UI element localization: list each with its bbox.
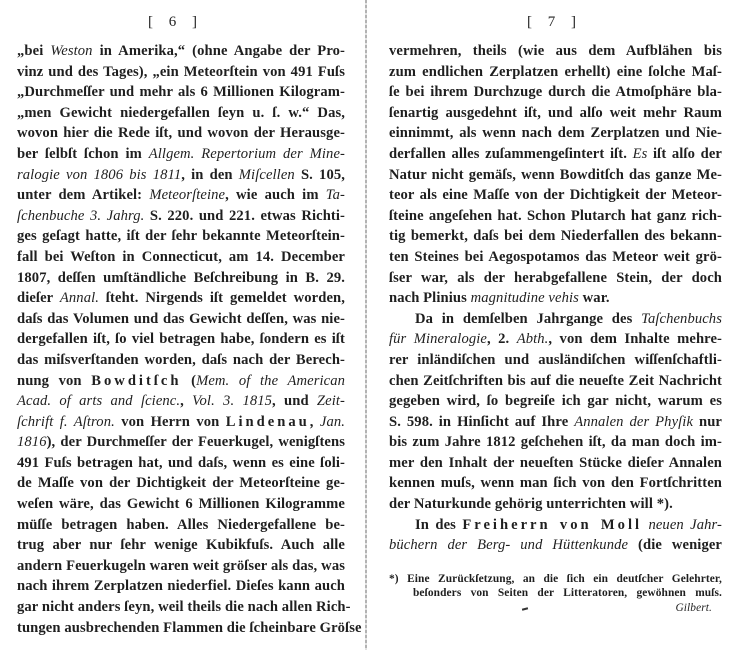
- text-line: ſenartig ausgedehnt iſt, und alſo weit m…: [389, 103, 722, 124]
- text-line: kennen muſs, wenn man ſich von den Fortſ…: [389, 473, 722, 494]
- text-line: gegeben wird, ſo begreiſe ich gar nicht,…: [389, 391, 722, 412]
- text-span: ,: [180, 393, 192, 409]
- text-line: ſe bei ihrem Durchzuge durch die Atmoſph…: [389, 82, 722, 103]
- text-span: ſteht. Nirgends iſt gemeldet worden,: [99, 290, 345, 306]
- text-span: war.: [579, 290, 610, 306]
- italic-span: 1816: [17, 434, 47, 450]
- text-span: von Herrn von: [115, 414, 226, 430]
- text-line: ſser war, als der herabgefallene Stein, …: [389, 268, 722, 289]
- page-number: [ 6 ]: [148, 14, 203, 31]
- text-line: vermehren, theils (wie aus dem Aufblähen…: [389, 41, 722, 62]
- text-line: weſen wäre, das Gewicht 6 Millionen Kilo…: [17, 494, 345, 515]
- text-line: zum endlichen Zerplatzen erhellt) eine ſ…: [389, 62, 722, 83]
- text-line: 1816), der Durchmeſſer der Feuerkugel, w…: [17, 432, 345, 453]
- text-span: rer inländiſchen und ausländiſchen wiſſe…: [389, 352, 722, 368]
- text-span: ,: [310, 414, 320, 430]
- text-line: de Maſſe von der Dichtigkeit der Meteorſ…: [17, 473, 345, 494]
- text-line: „men Gewicht niedergefallen ſeyn u. ſ. w…: [17, 103, 345, 124]
- text-line: bis zum Jahre 1812 geſchehen iſt, da man…: [389, 432, 722, 453]
- text-line: müſſe betragen haben. Alles Niedergefall…: [17, 515, 345, 536]
- footnote-signature: Gilbert.: [389, 601, 722, 616]
- text-span: teor als eine Maſſe von der Dichtigkeit …: [389, 187, 722, 203]
- italic-span: Mem. of the American: [196, 373, 345, 389]
- text-span: Da in demſelben Jahrgange des: [415, 311, 641, 327]
- text-line: büchern der Berg- und Hüttenkunde (die w…: [389, 535, 722, 556]
- italic-span: Abth.: [517, 331, 549, 347]
- text-line: S. 598. in Hinſicht auf Ihre Annalen der…: [389, 412, 722, 433]
- text-span: ſser war, als der herabgefallene Stein, …: [389, 270, 722, 286]
- text-line: nung von Bowditſch (Mem. of the American: [17, 371, 345, 392]
- text-span: In des: [415, 517, 462, 533]
- text-span: nach Plinius: [389, 290, 471, 306]
- italic-span: für Mineralogie: [389, 331, 487, 347]
- text-line: chen Zeitſchriften bis auf die neueſte Z…: [389, 371, 722, 392]
- text-span: „men Gewicht niedergefallen ſeyn u. ſ. w…: [17, 105, 345, 121]
- text-line: „bei Weston in Amerika,“ (ohne Angabe de…: [17, 41, 345, 62]
- text-line: 491 Fuſs betragen hat, und daſs, wenn es…: [17, 453, 345, 474]
- text-line: ges geſagt hatte, iſt der ſehr bekannte …: [17, 226, 345, 247]
- text-line: tungen ausbrechenden Flammen die ſcheinb…: [17, 618, 345, 639]
- text-line: teor als eine Maſſe von der Dichtigkeit …: [389, 185, 722, 206]
- footnote-line: beſonders von Seiten der Litteratoren, g…: [389, 586, 722, 601]
- text-line: andern Feuerkugeln waren weit gröſser al…: [17, 556, 345, 577]
- text-span: nung von: [17, 373, 91, 389]
- text-line: Acad. of arts and ſcienc., Vol. 3. 1815,…: [17, 391, 345, 412]
- book-spread: [ 6 ] „bei Weston in Amerika,“ (ohne Ang…: [0, 0, 740, 650]
- text-line: Natur nicht gemäſs, wenn Bowditſch das g…: [389, 165, 722, 186]
- text-span: vinz und des Tages), „ein Meteorſtein vo…: [17, 64, 345, 80]
- text-line: nach ihrem Zerplatzen niederfiel. Dieſes…: [17, 576, 345, 597]
- text-line: mer den Inhalt der neueſten Stücke dieſe…: [389, 453, 722, 474]
- text-span: chen Zeitſchriften bis auf die neueſte Z…: [389, 373, 722, 389]
- left-page: [ 6 ] „bei Weston in Amerika,“ (ohne Ang…: [0, 0, 365, 650]
- italic-span: büchern der Berg- und Hüttenkunde: [389, 537, 628, 553]
- text-span: ten Steines bei Aegospotamos das Meteor …: [389, 249, 722, 265]
- text-span: kennen muſs, wenn man ſich von den Fortſ…: [389, 475, 722, 491]
- text-line: ſteine angeſehen hat. Schon Plutarch hat…: [389, 206, 722, 227]
- text-span: de Maſſe von der Dichtigkeit der Meteorſ…: [17, 475, 345, 491]
- text-line: „Durchmeſſer und mehr als 6 Millionen Ki…: [17, 82, 345, 103]
- text-span: einnimmt, als wenn nach dem Zerplatzen u…: [389, 125, 722, 141]
- text-line: das miſsverſtanden worden, daſs nach der…: [17, 350, 345, 371]
- spacer: [389, 556, 722, 572]
- italic-span: Miſcellen: [239, 167, 295, 183]
- text-span: Natur nicht gemäſs, wenn Bowditſch das g…: [389, 167, 722, 183]
- text-line: trug aber nur ſehr wenige Kubikfuſs. Auc…: [17, 535, 345, 556]
- text-line: ſchenbuche 3. Jahrg. S. 220. und 221. et…: [17, 206, 345, 227]
- italic-span: Annalen der Phyſik: [574, 414, 693, 430]
- text-span: der Naturkunde gehörig unterrichten will…: [389, 496, 673, 512]
- text-line: In des Freiherrn von Moll neuen Jahr-: [389, 515, 722, 536]
- italic-span: neuen Jahr-: [648, 517, 722, 533]
- text-line: einnimmt, als wenn nach dem Zerplatzen u…: [389, 123, 722, 144]
- text-span: , wie auch im: [225, 187, 326, 203]
- footnote: *) Eine Zurückſetzung, an die ſich ein d…: [389, 572, 722, 616]
- page-number: [ 7 ]: [527, 14, 582, 31]
- italic-span: ſchenbuche 3. Jahrg.: [17, 208, 144, 224]
- text-span: S. 105,: [295, 167, 345, 183]
- text-span: das miſsverſtanden worden, daſs nach der…: [17, 352, 345, 368]
- text-span: , 2.: [487, 331, 517, 347]
- text-span: gar nicht anders ſeyn, weil theils die n…: [17, 599, 351, 615]
- italic-span: Vol. 3. 1815: [192, 393, 272, 409]
- footnote-line: *) Eine Zurückſetzung, an die ſich ein d…: [389, 572, 722, 587]
- text-span: nur: [693, 414, 722, 430]
- text-line: tig bemerkt, daſs bei dem Niederfallen d…: [389, 226, 722, 247]
- text-line: Da in demſelben Jahrgange des Taſchenbuc…: [389, 309, 722, 330]
- text-span: S. 220. und 221. etwas Richti-: [144, 208, 345, 224]
- spaced-name: Bowditſch: [91, 373, 181, 389]
- text-line: ber ſelbſt ſchon im Allgem. Repertorium …: [17, 144, 345, 165]
- text-span: ſenartig ausgedehnt iſt, und alſo weit m…: [389, 105, 722, 121]
- italic-span: ſchrift f. Aſtron.: [17, 414, 115, 430]
- text-line: ten Steines bei Aegospotamos das Meteor …: [389, 247, 722, 268]
- text-span: (: [182, 373, 197, 389]
- text-span: gegeben wird, ſo begreiſe ich gar nicht,…: [389, 393, 722, 409]
- text-line: rer inländiſchen und ausländiſchen wiſſe…: [389, 350, 722, 371]
- text-span: zum endlichen Zerplatzen erhellt) eine ſ…: [389, 64, 722, 80]
- text-span: wovon hier die Rede iſt, und wovon der H…: [17, 125, 345, 141]
- text-line: gar nicht anders ſeyn, weil theils die n…: [17, 597, 345, 618]
- text-line: vinz und des Tages), „ein Meteorſtein vo…: [17, 62, 345, 83]
- text-span: tig bemerkt, daſs bei dem Niederfallen d…: [389, 228, 722, 244]
- text-span: (die weniger: [628, 537, 722, 553]
- text-span: ber ſelbſt ſchon im: [17, 146, 149, 162]
- text-span: , in den: [181, 167, 239, 183]
- italic-span: Meteorſteine: [149, 187, 225, 203]
- text-span: ſe bei ihrem Durchzuge durch die Atmoſph…: [389, 84, 722, 100]
- italic-span: Acad. of arts and ſcienc.: [17, 393, 180, 409]
- text-line: daſs das Volumen und das Gewicht deſſen,…: [17, 309, 345, 330]
- italic-span: Taſchenbuchs: [641, 311, 722, 327]
- text-span: ſteine angeſehen hat. Schon Plutarch hat…: [389, 208, 722, 224]
- text-span: weſen wäre, das Gewicht 6 Millionen Kilo…: [17, 496, 345, 512]
- italic-span: Jan.: [320, 414, 345, 430]
- text-span: müſſe betragen haben. Alles Niedergefall…: [17, 517, 345, 533]
- text-line: dieſer Annal. ſteht. Nirgends iſt gemeld…: [17, 288, 345, 309]
- text-span: bis zum Jahre 1812 geſchehen iſt, da man…: [389, 434, 722, 450]
- text-span: , und: [272, 393, 317, 409]
- text-span: „Durchmeſſer und mehr als 6 Millionen Ki…: [17, 84, 345, 100]
- text-span: „bei: [17, 43, 50, 59]
- body-text: vermehren, theils (wie aus dem Aufblähen…: [389, 41, 722, 615]
- text-span: ), der Durchmeſſer der Feuerkugel, wenig…: [47, 434, 345, 450]
- text-span: tungen ausbrechenden Flammen die ſcheinb…: [17, 620, 362, 636]
- italic-span: Zeit-: [317, 393, 345, 409]
- text-span: dergefallen iſt, ſo viel betragen habe, …: [17, 331, 345, 347]
- italic-span: ralogie von 1806 bis 1811: [17, 167, 181, 183]
- italic-span: Ta-: [326, 187, 345, 203]
- text-span: dieſer: [17, 290, 60, 306]
- text-span: ges geſagt hatte, iſt der ſehr bekannte …: [17, 228, 345, 244]
- text-span: andern Feuerkugeln waren weit gröſser al…: [17, 558, 345, 574]
- text-span: fall bei Weſton in Connecticut, am 14. D…: [17, 249, 345, 265]
- text-line: ralogie von 1806 bis 1811, in den Miſcel…: [17, 165, 345, 186]
- text-line: ſchrift f. Aſtron. von Herrn von Lindena…: [17, 412, 345, 433]
- spaced-name: Lindenau: [226, 414, 310, 430]
- text-span: 491 Fuſs betragen hat, und daſs, wenn es…: [17, 455, 345, 471]
- italic-span: Allgem. Repertorium der Mine-: [149, 146, 345, 162]
- text-span: trug aber nur ſehr wenige Kubikfuſs. Auc…: [17, 537, 345, 553]
- right-page: [ 7 ] vermehren, theils (wie aus dem Auf…: [367, 0, 740, 650]
- text-line: derfallen alles zuſammengeſintert iſt. E…: [389, 144, 722, 165]
- text-span: , von dem Inhalte mehre-: [548, 331, 722, 347]
- body-text: „bei Weston in Amerika,“ (ohne Angabe de…: [17, 41, 345, 638]
- italic-span: Es: [633, 146, 648, 162]
- text-line: dergefallen iſt, ſo viel betragen habe, …: [17, 329, 345, 350]
- text-line: nach Plinius magnitudine vehis war.: [389, 288, 722, 309]
- text-line: für Mineralogie, 2. Abth., von dem Inhal…: [389, 329, 722, 350]
- text-span: mer den Inhalt der neueſten Stücke dieſe…: [389, 455, 722, 471]
- text-span: 1807, deſſen umſtändliche Beſchreibung i…: [17, 270, 345, 286]
- italic-span: Weston: [50, 43, 92, 59]
- text-line: unter dem Artikel: Meteorſteine, wie auc…: [17, 185, 345, 206]
- text-line: der Naturkunde gehörig unterrichten will…: [389, 494, 722, 515]
- italic-span: magnitudine vehis: [471, 290, 579, 306]
- spaced-name: Freiherrn von Moll: [462, 517, 642, 533]
- text-span: iſt alſo der: [647, 146, 722, 162]
- text-span: daſs das Volumen und das Gewicht deſſen,…: [17, 311, 345, 327]
- text-span: nach ihrem Zerplatzen niederfiel. Dieſes…: [17, 578, 345, 594]
- text-line: fall bei Weſton in Connecticut, am 14. D…: [17, 247, 345, 268]
- text-span: vermehren, theils (wie aus dem Aufblähen…: [389, 43, 722, 59]
- text-span: derfallen alles zuſammengeſintert iſt.: [389, 146, 633, 162]
- text-line: 1807, deſſen umſtändliche Beſchreibung i…: [17, 268, 345, 289]
- text-span: in Amerika,“ (ohne Angabe der Pro-: [93, 43, 345, 59]
- italic-span: Annal.: [60, 290, 99, 306]
- text-line: wovon hier die Rede iſt, und wovon der H…: [17, 123, 345, 144]
- text-span: unter dem Artikel:: [17, 187, 149, 203]
- text-span: S. 598. in Hinſicht auf Ihre: [389, 414, 574, 430]
